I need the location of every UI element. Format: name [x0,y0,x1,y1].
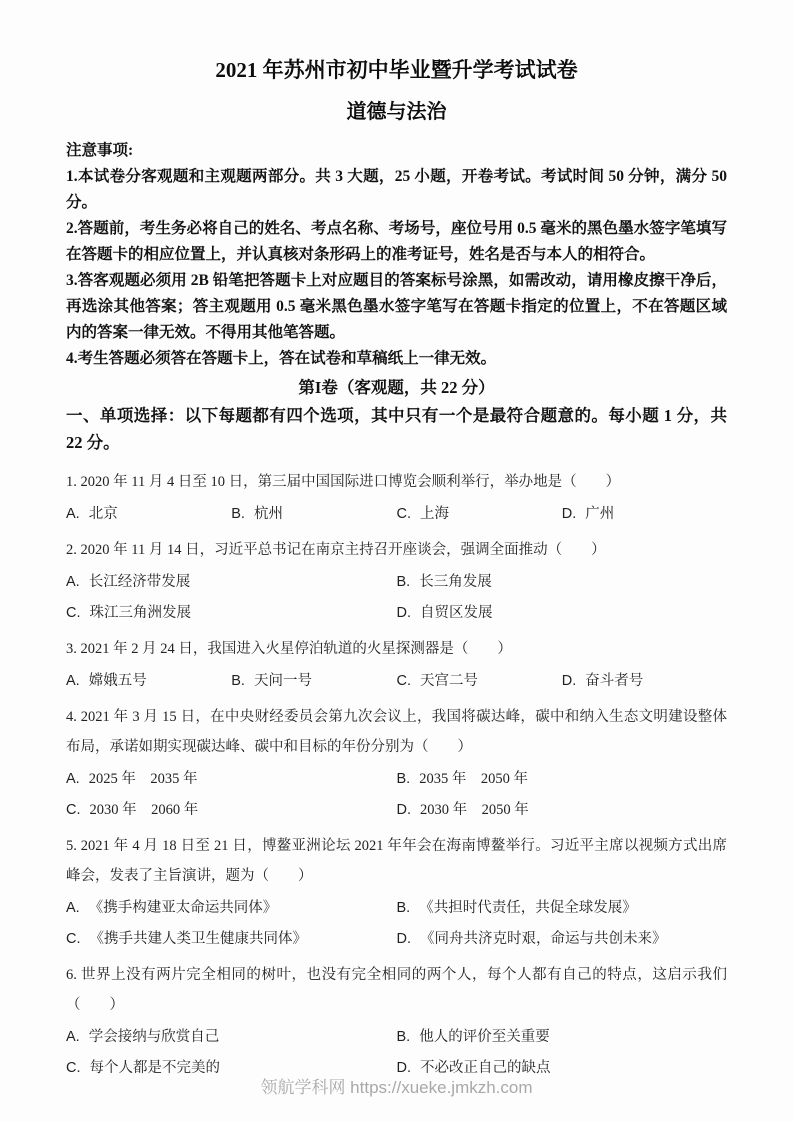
option-c: C.上海 [397,504,562,524]
notice-heading: 注意事项: [66,138,727,164]
option-c: C.《携手共建人类卫生健康共同体》 [66,929,397,949]
exam-paper-page: 2021 年苏州市初中毕业暨升学考试试卷 道德与法治 注意事项: 1.本试卷分客… [0,0,793,1122]
option-label: B. [397,900,411,916]
option-text: 《同舟共济克时艰，命运与共创未来》 [420,931,667,947]
option-c: C.2030 年 2060 年 [66,800,397,820]
question-stem: 1. 2020 年 11 月 4 日至 10 日，第三届中国国际进口博览会顺利举… [66,467,727,497]
option-b: B.他人的评价至关重要 [397,1027,728,1047]
notice-section: 注意事项: 1.本试卷分客观题和主观题两部分。共 3 大题，25 小题，开卷考试… [66,138,727,372]
question-4: 4. 2021 年 3 月 15 日，在中央财经委员会第九次会议上，我国将碳达峰… [66,702,727,820]
option-text: 2030 年 2050 年 [420,802,529,818]
watermark-text: 领航学科网 https://xueke.jmkzh.com [0,1073,793,1098]
option-label: B. [397,771,411,787]
option-label: C. [66,605,81,621]
option-text: 长三角发展 [419,574,492,590]
option-text: 《共担时代责任，共促全球发展》 [419,900,637,916]
option-label: C. [66,931,81,947]
question-6: 6. 世界上没有两片完全相同的树叶，也没有完全相同的两个人，每个人都有自己的特点… [66,960,727,1078]
option-text: 他人的评价至关重要 [419,1029,550,1045]
question-stem: 2. 2020 年 11 月 14 日，习近平总书记在南京主持召开座谈会，强调全… [66,535,727,565]
option-a: A.学会接纳与欣赏自己 [66,1027,397,1047]
option-text: 《携手构建亚太命运共同体》 [89,900,278,916]
paper-title: 2021 年苏州市初中毕业暨升学考试试卷 [66,56,727,84]
option-label: A. [66,1029,80,1045]
option-label: B. [397,1029,411,1045]
option-label: D. [397,931,412,947]
option-text: 北京 [89,506,118,522]
option-a: A.嫦娥五号 [66,671,231,691]
option-label: A. [66,574,80,590]
question-stem: 3. 2021 年 2 月 24 日，我国进入火星停泊轨道的火星探测器是（ ） [66,634,727,664]
paper-subject: 道德与法治 [66,98,727,126]
option-label: B. [231,673,245,689]
option-text: 自贸区发展 [420,605,493,621]
question-options: A.北京 B.杭州 C.上海 D.广州 [66,504,727,524]
option-text: 《携手共建人类卫生健康共同体》 [90,931,308,947]
question-options: A.学会接纳与欣赏自己 B.他人的评价至关重要 C.每个人都是不完美的 D.不必… [66,1027,727,1078]
question-stem: 6. 世界上没有两片完全相同的树叶，也没有完全相同的两个人，每个人都有自己的特点… [66,960,727,1020]
question-1: 1. 2020 年 11 月 4 日至 10 日，第三届中国国际进口博览会顺利举… [66,467,727,524]
option-d: D.《同舟共济克时艰，命运与共创未来》 [397,929,728,949]
notice-item-4: 4.考生答题必须答在答题卡上，答在试卷和草稿纸上一律无效。 [66,346,727,372]
option-text: 2030 年 2060 年 [90,802,199,818]
volume-title: 第I卷（客观题，共 22 分） [66,375,727,400]
option-text: 广州 [585,506,614,522]
option-label: A. [66,506,80,522]
option-d: D.2030 年 2050 年 [397,800,728,820]
option-d: D.奋斗者号 [562,671,727,691]
option-label: D. [397,605,412,621]
option-label: C. [397,673,412,689]
option-text: 2025 年 2035 年 [89,771,198,787]
option-text: 学会接纳与欣赏自己 [89,1029,220,1045]
notice-item-2: 2.答题前，考生务必将自己的姓名、考点名称、考场号，座位号用 0.5 毫米的黑色… [66,216,727,268]
question-2: 2. 2020 年 11 月 14 日，习近平总书记在南京主持召开座谈会，强调全… [66,535,727,623]
option-c: C.天宫二号 [397,671,562,691]
option-label: C. [66,802,81,818]
option-text: 奋斗者号 [585,673,643,689]
question-5: 5. 2021 年 4 月 18 日至 21 日，博鳌亚洲论坛 2021 年年会… [66,831,727,949]
option-d: D.自贸区发展 [397,603,728,623]
option-text: 嫦娥五号 [89,673,147,689]
option-b: B.《共担时代责任，共促全球发展》 [397,898,728,918]
option-text: 天问一号 [254,673,312,689]
option-label: D. [397,802,412,818]
option-b: B.2035 年 2050 年 [397,769,728,789]
option-text: 珠江三角洲发展 [90,605,192,621]
option-text: 天宫二号 [420,673,478,689]
question-3: 3. 2021 年 2 月 24 日，我国进入火星停泊轨道的火星探测器是（ ） … [66,634,727,691]
question-options: A.嫦娥五号 B.天问一号 C.天宫二号 D.奋斗者号 [66,671,727,691]
option-label: A. [66,771,80,787]
option-text: 杭州 [254,506,283,522]
option-a: A.2025 年 2035 年 [66,769,397,789]
option-d: D.广州 [562,504,727,524]
option-a: A.北京 [66,504,231,524]
question-options: A.长江经济带发展 B.长三角发展 C.珠江三角洲发展 D.自贸区发展 [66,572,727,623]
question-options: A.2025 年 2035 年 B.2035 年 2050 年 C.2030 年… [66,769,727,820]
question-stem: 4. 2021 年 3 月 15 日，在中央财经委员会第九次会议上，我国将碳达峰… [66,702,727,762]
option-b: B.天问一号 [231,671,396,691]
option-label: D. [562,506,577,522]
option-text: 长江经济带发展 [89,574,191,590]
option-label: C. [397,506,412,522]
option-label: A. [66,673,80,689]
notice-item-1: 1.本试卷分客观题和主观题两部分。共 3 大题，25 小题，开卷考试。考试时间 … [66,164,727,216]
question-stem: 5. 2021 年 4 月 18 日至 21 日，博鳌亚洲论坛 2021 年年会… [66,831,727,891]
option-text: 上海 [420,506,449,522]
option-label: B. [231,506,245,522]
option-label: A. [66,900,80,916]
option-text: 2035 年 2050 年 [419,771,528,787]
option-label: D. [562,673,577,689]
question-options: A.《携手构建亚太命运共同体》 B.《共担时代责任，共促全球发展》 C.《携手共… [66,898,727,949]
option-b: B.长三角发展 [397,572,728,592]
option-label: B. [397,574,411,590]
option-a: A.《携手构建亚太命运共同体》 [66,898,397,918]
option-b: B.杭州 [231,504,396,524]
option-c: C.珠江三角洲发展 [66,603,397,623]
notice-item-3: 3.答客观题必须用 2B 铅笔把答题卡上对应题目的答案标号涂黑，如需改动，请用橡… [66,268,727,346]
section-instruction: 一、单项选择：以下每题都有四个选项，其中只有一个是最符合题意的。每小题 1 分，… [66,402,727,456]
option-a: A.长江经济带发展 [66,572,397,592]
